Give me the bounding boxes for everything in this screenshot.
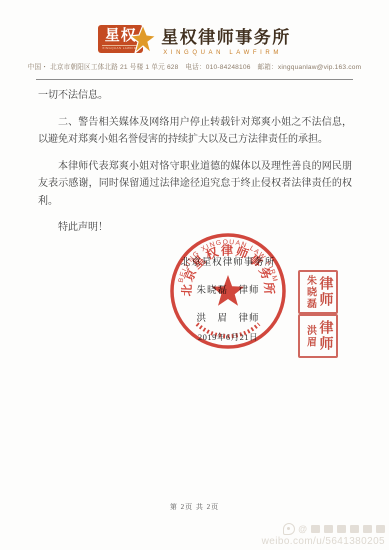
watermark-handle-line: @	[262, 523, 385, 535]
paragraph-thanks: 本律师代表郑爽小姐对恪守职业道德的媒体以及理性善良的网民朋友表示感谢，同时保留通…	[38, 158, 352, 211]
firm-name-cn: 星权律师事务所	[161, 23, 291, 48]
star-icon	[130, 23, 156, 55]
signature-date: 2019年6月21日	[167, 331, 289, 343]
seal-lawyer-title: 律师	[318, 276, 332, 308]
firm-logo: 星权 XINGQUAN LAWFIRM	[98, 23, 154, 56]
stamp-star-icon	[212, 275, 244, 306]
letterhead: 星权 XINGQUAN LAWFIRM 星权律师事务所 XINGQUAN LAW…	[0, 23, 389, 56]
lawyer-name-seal-2: 洪眉 律师	[298, 314, 338, 358]
watermark-illegible-glyph	[376, 525, 385, 533]
watermark-illegible-glyph	[363, 525, 372, 533]
watermark-illegible-glyph	[350, 525, 359, 533]
watermark-handle-prefix: @	[298, 524, 307, 534]
firm-address-line: 中国・ 北京市朝阳区工体北路 21 号楼 1 单元 628 电话：010-842…	[0, 61, 389, 71]
firm-name-en: XINGQUAN LAWFIRM	[161, 50, 291, 56]
weibo-watermark: @ weibo.com/u/5641380205	[262, 523, 385, 547]
paragraph-warning: 二、警告相关媒体及网络用户停止转载针对郑爽小姐之不法信息，以避免对郑爽小姐名誉侵…	[38, 114, 352, 149]
firm-name-block: 星权律师事务所 XINGQUAN LAWFIRM	[161, 23, 291, 56]
header-divider	[36, 79, 353, 80]
seal-lawyer-name: 朱晓磊	[305, 275, 315, 310]
watermark-illegible-glyph	[324, 525, 333, 533]
seal-lawyer-title: 律师	[318, 320, 332, 352]
seal-lawyer-name: 洪眉	[305, 325, 315, 348]
watermark-url: weibo.com/u/5641380205	[262, 536, 385, 547]
watermark-illegible-glyph	[311, 525, 320, 533]
document-page: 星权 XINGQUAN LAWFIRM 星权律师事务所 XINGQUAN LAW…	[0, 0, 389, 550]
watermark-illegible-glyph	[337, 525, 346, 533]
lawyer-name-seal-1: 朱晓磊 律师	[298, 270, 338, 314]
paragraph-continuation: 一切不法信息。	[38, 87, 352, 105]
page-number: 第 2页 共 2页	[0, 502, 389, 512]
statement-body: 一切不法信息。 二、警告相关媒体及网络用户停止转载针对郑爽小姐之不法信息，以避免…	[38, 87, 352, 246]
weibo-icon	[283, 523, 295, 535]
